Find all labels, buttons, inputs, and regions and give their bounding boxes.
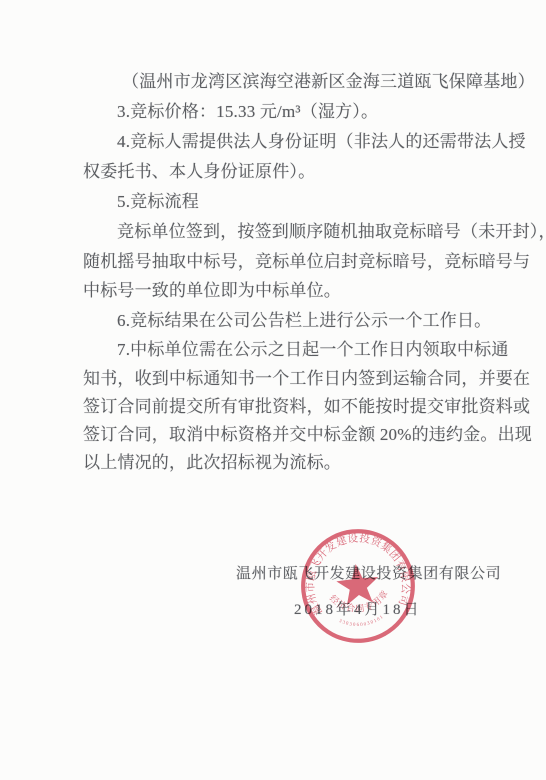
scanned-document-page: （温州市龙湾区滨海空港新区金海三道瓯飞保障基地） 3.竞标价格：15.33 元/…: [0, 0, 546, 780]
text-line-location: （温州市龙湾区滨海空港新区金海三道瓯飞保障基地）: [122, 72, 542, 91]
text-line-clause-3-price: 3.竞标价格：15.33 元/m³（湿方）。: [117, 102, 537, 121]
text-line-clause-4-cont: 权委托书、本人身份证原件）。: [83, 162, 503, 181]
signature-company-name: 温州市瓯飞开发建设投资集团有限公司: [236, 562, 501, 583]
text-line-clause-7-4: 签订合同，取消中标资格并交中标金额 20%的违约金。出现: [83, 425, 503, 444]
text-line-clause-7-2: 知书，收到中标通知书一个工作日内签到运输合同，并要在: [83, 369, 503, 388]
text-line-clause-5-title: 5.竞标流程: [117, 192, 537, 211]
text-line-clause-5-body-1: 竞标单位签到，按签到顺序随机抽取竞标暗号（未开封），: [117, 222, 537, 241]
text-line-clause-4: 4.竞标人需提供法人身份证明（非法人的还需带法人授: [117, 132, 537, 151]
seal-ring: [298, 526, 418, 646]
text-line-clause-7-3: 签订合同前提交所有审批资料，如不能按时提交审批资料或: [83, 397, 503, 416]
text-line-clause-6: 6.竞标结果在公司公告栏上进行公示一个工作日。: [117, 311, 537, 330]
text-line-clause-5-body-2: 随机摇号抽取中标号，竞标单位启封竞标暗号，竞标暗号与: [83, 252, 503, 271]
text-line-clause-7-5: 以上情况的，此次招标视为流标。: [83, 453, 503, 472]
signature-date: 2018年4月18日: [294, 598, 422, 619]
text-line-clause-5-body-3: 中标号一致的单位即为中标单位。: [83, 281, 503, 300]
company-seal-stamp: 温州市瓯飞开发建设投资集团有限公司 经济合同专用章 3303060030101: [293, 521, 423, 651]
text-line-clause-7-1: 7.中标单位需在公示之日起一个工作日内领取中标通: [117, 340, 537, 359]
